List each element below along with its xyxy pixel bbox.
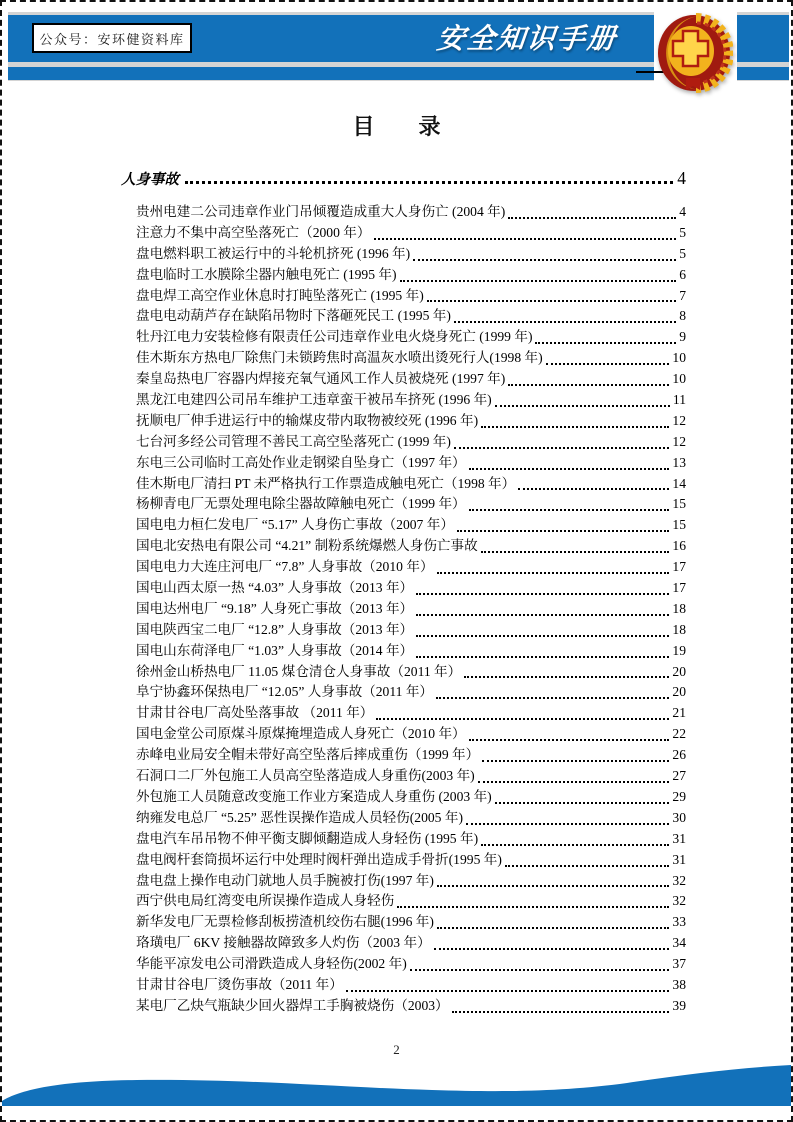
toc-entry: 国电陕西宝二电厂 “12.8” 人身事故（2013 年）18 [121,620,686,641]
toc-leader-dots [508,384,669,386]
toc-entry: 七台河多经公司管理不善民工高空坠落死亡 (1999 年)12 [121,432,686,453]
toc-entry: 秦皇岛热电厂容器内焊接充氧气通风工作人员被烧死 (1997 年)10 [121,369,686,390]
toc-entry: 盘电燃料职工被运行中的斗轮机挤死 (1996 年)5 [121,244,686,265]
toc-entry: 珞璜电厂 6KV 接触器故障致多人灼伤（2003 年）34 [121,933,686,954]
toc-entry-page: 18 [672,620,686,641]
toc-entry: 赤峰电业局安全帽未带好高空坠落后摔成重伤（1999 年）26 [121,745,686,766]
toc-leader-dots [452,1011,670,1013]
toc-entry-page: 34 [672,933,686,954]
toc-leader-dots [464,676,669,678]
toc-entry-title: 盘电汽车吊吊物不伸平衡支脚倾翻造成人身轻伤 (1995 年) [136,829,478,850]
header-band: 公众号：安环健资料库 安全知识手册 [8,12,654,81]
toc-entry-page: 10 [672,348,686,369]
toc-entry: 国电北安热电有限公司 “4.21” 制粉系统爆燃人身伤亡事故16 [121,536,686,557]
toc-entry: 杨柳青电厂无票处理电除尘器故障触电死亡（1999 年）15 [121,494,686,515]
header-right-block [737,15,789,62]
toc-entry-title: 甘肃甘谷电厂烫伤事故（2011 年） [136,975,343,996]
toc-entry: 注意力不集中高空坠落死亡（2000 年）5 [121,223,686,244]
toc-entry-page: 31 [672,829,686,850]
toc-leader-dots [416,656,669,658]
toc-entry-title: 国电山西太原一热 “4.03” 人身事故（2013 年） [136,578,413,599]
toc-entry-page: 7 [679,286,686,307]
toc-entry-title: 国电电力大连庄河电厂 “7.8” 人身事故（2010 年） [136,557,434,578]
toc-entry: 盘电焊工高空作业休息时打盹坠落死亡 (1995 年)7 [121,286,686,307]
toc-entry-page: 39 [672,996,686,1017]
toc-leader-dots [437,927,669,929]
toc-entry-page: 6 [679,265,686,286]
toc-entry-page: 32 [672,871,686,892]
toc-entry: 华能平凉发电公司滑跌造成人身轻伤(2002 年)37 [121,954,686,975]
header-right-subbar [737,67,789,80]
toc-entry-title: 阜宁协鑫环保热电厂 “12.05” 人身事故（2011 年） [136,682,433,703]
toc-leader-dots [478,781,670,783]
toc-entry-title: 盘电临时工水膜除尘器内触电死亡 (1995 年) [136,265,397,286]
toc-entry: 抚顺电厂伸手进运行中的输煤皮带内取物被绞死 (1996 年)12 [121,411,686,432]
toc-leader-dots [376,718,669,720]
toc-entry-title: 徐州金山桥热电厂 11.05 煤仓清仓人身事故（2011 年） [136,662,461,683]
toc-entry-page: 13 [672,453,686,474]
safety-cross-emblem-icon [655,12,733,94]
toc-entry-title: 国电山东荷泽电厂 “1.03” 人身事故（2014 年） [136,641,413,662]
toc-entry-title: 新华发电厂无票检修刮板捞渣机绞伤右腿(1996 年) [136,912,434,933]
toc-leader-dots [413,259,676,261]
account-label: 公众号：安环健资料库 [39,29,184,48]
toc-leader-dots [410,969,670,971]
toc-section-label: 人身事故 [121,168,179,192]
toc-entry-page: 14 [672,474,686,495]
toc-entry-title: 佳木斯东方热电厂除焦门未锁跨焦时高温灰水喷出烫死行人(1998 年) [136,348,543,369]
account-label-box: 公众号：安环健资料库 [32,23,192,53]
toc-entry: 盘电电动葫芦存在缺陷吊物时下落砸死民工 (1995 年)8 [121,306,686,327]
toc-leader-dots [505,865,670,867]
toc-entry-page: 33 [672,912,686,933]
toc-entry-title: 东电三公司临时工高处作业走钢梁自坠身亡（1997 年） [136,453,466,474]
toc-entry: 东电三公司临时工高处作业走钢梁自坠身亡（1997 年）13 [121,453,686,474]
toc-entry-page: 22 [672,724,686,745]
toc-leader-dots [436,697,669,699]
toc-entry-page: 5 [679,223,686,244]
toc-entry-page: 29 [672,787,686,808]
toc-entry-title: 国电北安热电有限公司 “4.21” 制粉系统爆燃人身伤亡事故 [136,536,478,557]
toc-entry-title: 盘电盘上操作电动门就地人员手腕被打伤(1997 年) [136,871,434,892]
toc-leader-dots [469,468,670,470]
toc-entry-title: 七台河多经公司管理不善民工高空坠落死亡 (1999 年) [136,432,451,453]
document-page: 公众号：安环健资料库 安全知识手册 目 录 人身事故 4 贵州电建二公司违章 [0,0,793,1122]
toc-leader-dots [434,948,670,950]
toc-leader-dots [466,823,669,825]
toc-leader-dots [518,488,669,490]
toc-section-row: 人身事故 4 [121,166,686,190]
toc-leader-dots [437,885,669,887]
toc-entry: 徐州金山桥热电厂 11.05 煤仓清仓人身事故（2011 年）20 [121,662,686,683]
toc-leader-dots [481,844,669,846]
toc-entry: 国电达州电厂 “9.18” 人身死亡事故（2013 年）18 [121,599,686,620]
toc-leader-dots [495,802,670,804]
toc-entry: 国电电力桓仁发电厂 “5.17” 人身伤亡事故（2007 年）15 [121,515,686,536]
toc-entry: 外包施工人员随意改变施工作业方案造成人身重伤 (2003 年)29 [121,787,686,808]
toc-entry-page: 15 [672,494,686,515]
toc-leader-dots [416,593,669,595]
toc-entry-page: 9 [679,327,686,348]
toc-entry-title: 赤峰电业局安全帽未带好高空坠落后摔成重伤（1999 年） [136,745,479,766]
toc-body: 人身事故 4 贵州电建二公司违章作业门吊倾覆造成重大人身伤亡 (2004 年)4… [121,166,686,1017]
toc-entry-title: 盘电阀杆套筒损坏运行中处理时阀杆弹出造成手骨折(1995 年) [136,850,502,871]
toc-entry-title: 国电电力桓仁发电厂 “5.17” 人身伤亡事故（2007 年） [136,515,454,536]
toc-entry: 牡丹江电力安装检修有限责任公司违章作业电火烧身死亡 (1999 年)9 [121,327,686,348]
toc-entry-page: 18 [672,599,686,620]
toc-entry-list: 贵州电建二公司违章作业门吊倾覆造成重大人身伤亡 (2004 年)4注意力不集中高… [121,202,686,1017]
toc-leader-dots [454,321,676,323]
toc-entry-page: 21 [672,703,686,724]
toc-leader-dots [454,447,669,449]
toc-entry: 佳木斯东方热电厂除焦门未锁跨焦时高温灰水喷出烫死行人(1998 年)10 [121,348,686,369]
toc-entry-title: 盘电燃料职工被运行中的斗轮机挤死 (1996 年) [136,244,410,265]
toc-leader-dots [535,342,676,344]
toc-entry-title: 某电厂乙炔气瓶缺少回火器焊工手胸被烧伤（2003） [136,996,449,1017]
toc-entry-page: 10 [672,369,686,390]
toc-section-page: 4 [677,166,686,190]
toc-entry-title: 纳雍发电总厂 “5.25” 恶性误操作造成人员轻伤(2005 年) [136,808,463,829]
toc-entry-page: 30 [672,808,686,829]
toc-entry-title: 秦皇岛热电厂容器内焊接充氧气通风工作人员被烧死 (1997 年) [136,369,505,390]
toc-entry: 黑龙江电建四公司吊车维护工违章蛮干被吊车挤死 (1996 年)11 [121,390,686,411]
toc-entry-page: 31 [672,850,686,871]
toc-entry: 纳雍发电总厂 “5.25” 恶性误操作造成人员轻伤(2005 年)30 [121,808,686,829]
toc-entry: 贵州电建二公司违章作业门吊倾覆造成重大人身伤亡 (2004 年)4 [121,202,686,223]
toc-entry: 盘电临时工水膜除尘器内触电死亡 (1995 年)6 [121,265,686,286]
toc-entry: 某电厂乙炔气瓶缺少回火器焊工手胸被烧伤（2003）39 [121,996,686,1017]
toc-entry-title: 华能平凉发电公司滑跌造成人身轻伤(2002 年) [136,954,407,975]
toc-leader-dots [481,551,670,553]
toc-entry-page: 4 [679,202,686,223]
toc-entry-page: 37 [672,954,686,975]
toc-entry-title: 黑龙江电建四公司吊车维护工违章蛮干被吊车挤死 (1996 年) [136,390,492,411]
toc-entry-page: 15 [672,515,686,536]
toc-leader-dots [416,614,669,616]
toc-entry: 西宁供电局红湾变电所误操作造成人身轻伤32 [121,891,686,912]
banner-title: 安全知识手册 [435,15,620,62]
toc-leader-dots [457,530,669,532]
toc-leader-dots [546,363,670,365]
toc-entry: 盘电汽车吊吊物不伸平衡支脚倾翻造成人身轻伤 (1995 年)31 [121,829,686,850]
toc-entry-page: 20 [672,662,686,683]
toc-entry-page: 8 [679,306,686,327]
toc-entry-page: 16 [672,536,686,557]
toc-leader-dots [397,906,669,908]
toc-entry-title: 国电陕西宝二电厂 “12.8” 人身事故（2013 年） [136,620,413,641]
toc-leader-dots [400,280,677,282]
toc-entry-page: 32 [672,891,686,912]
toc-entry-title: 国电金堂公司原煤斗原煤掩埋造成人身死亡（2010 年） [136,724,466,745]
toc-entry: 盘电阀杆套筒损坏运行中处理时阀杆弹出造成手骨折(1995 年)31 [121,850,686,871]
toc-entry: 阜宁协鑫环保热电厂 “12.05” 人身事故（2011 年）20 [121,682,686,703]
toc-entry-page: 26 [672,745,686,766]
toc-entry-page: 17 [672,557,686,578]
toc-entry-page: 38 [672,975,686,996]
toc-entry-title: 贵州电建二公司违章作业门吊倾覆造成重大人身伤亡 (2004 年) [136,202,505,223]
toc-entry-page: 5 [679,244,686,265]
toc-entry-title: 外包施工人员随意改变施工作业方案造成人身重伤 (2003 年) [136,787,492,808]
toc-leader-dots [481,426,669,428]
toc-leader-dots [508,217,676,219]
toc-leader-dots [482,760,669,762]
toc-entry: 石洞口二厂外包施工人员高空坠落造成人身重伤(2003 年)27 [121,766,686,787]
toc-entry: 国电山西太原一热 “4.03” 人身事故（2013 年）17 [121,578,686,599]
toc-entry-title: 盘电焊工高空作业休息时打盹坠落死亡 (1995 年) [136,286,424,307]
toc-entry: 国电电力大连庄河电厂 “7.8” 人身事故（2010 年）17 [121,557,686,578]
toc-entry-page: 12 [672,432,686,453]
toc-section-leader-dots [185,181,673,184]
toc-entry: 佳木斯电厂清扫 PT 未严格执行工作票造成触电死亡（1998 年）14 [121,474,686,495]
toc-leader-dots [437,572,670,574]
toc-entry-page: 27 [672,766,686,787]
toc-leader-dots [469,739,670,741]
toc-entry-title: 甘肃甘谷电厂高处坠落事故 （2011 年） [136,703,373,724]
toc-entry-title: 牡丹江电力安装检修有限责任公司违章作业电火烧身死亡 (1999 年) [136,327,532,348]
toc-entry: 国电山东荷泽电厂 “1.03” 人身事故（2014 年）19 [121,641,686,662]
toc-entry-title: 国电达州电厂 “9.18” 人身死亡事故（2013 年） [136,599,413,620]
toc-leader-dots [374,238,677,240]
toc-entry-title: 西宁供电局红湾变电所误操作造成人身轻伤 [136,891,394,912]
page-number: 2 [2,1042,791,1058]
header-subbar [8,67,654,80]
toc-leader-dots [469,509,670,511]
toc-entry: 甘肃甘谷电厂高处坠落事故 （2011 年）21 [121,703,686,724]
toc-entry-title: 珞璜电厂 6KV 接触器故障致多人灼伤（2003 年） [136,933,431,954]
toc-entry-page: 12 [672,411,686,432]
toc-entry: 盘电盘上操作电动门就地人员手腕被打伤(1997 年)32 [121,871,686,892]
toc-entry: 新华发电厂无票检修刮板捞渣机绞伤右腿(1996 年)33 [121,912,686,933]
toc-entry: 国电金堂公司原煤斗原煤掩埋造成人身死亡（2010 年）22 [121,724,686,745]
toc-leader-dots [346,990,670,992]
toc-leader-dots [416,635,669,637]
footer-wave-decoration [2,1060,791,1106]
toc-entry-page: 20 [672,682,686,703]
toc-entry-title: 杨柳青电厂无票处理电除尘器故障触电死亡（1999 年） [136,494,466,515]
toc-leader-dots [495,405,670,407]
header-banner: 公众号：安环健资料库 安全知识手册 [8,15,654,62]
toc-entry-page: 19 [672,641,686,662]
toc-entry-page: 11 [673,390,686,411]
toc-entry: 甘肃甘谷电厂烫伤事故（2011 年）38 [121,975,686,996]
toc-entry-title: 注意力不集中高空坠落死亡（2000 年） [136,223,371,244]
header-right-band [737,12,789,81]
toc-entry-page: 17 [672,578,686,599]
toc-leader-dots [427,300,676,302]
toc-entry-title: 佳木斯电厂清扫 PT 未严格执行工作票造成触电死亡（1998 年） [136,474,515,495]
toc-entry-title: 抚顺电厂伸手进运行中的输煤皮带内取物被绞死 (1996 年) [136,411,478,432]
toc-entry-title: 盘电电动葫芦存在缺陷吊物时下落砸死民工 (1995 年) [136,306,451,327]
toc-heading: 目 录 [2,110,791,141]
toc-entry-title: 石洞口二厂外包施工人员高空坠落造成人身重伤(2003 年) [136,766,475,787]
